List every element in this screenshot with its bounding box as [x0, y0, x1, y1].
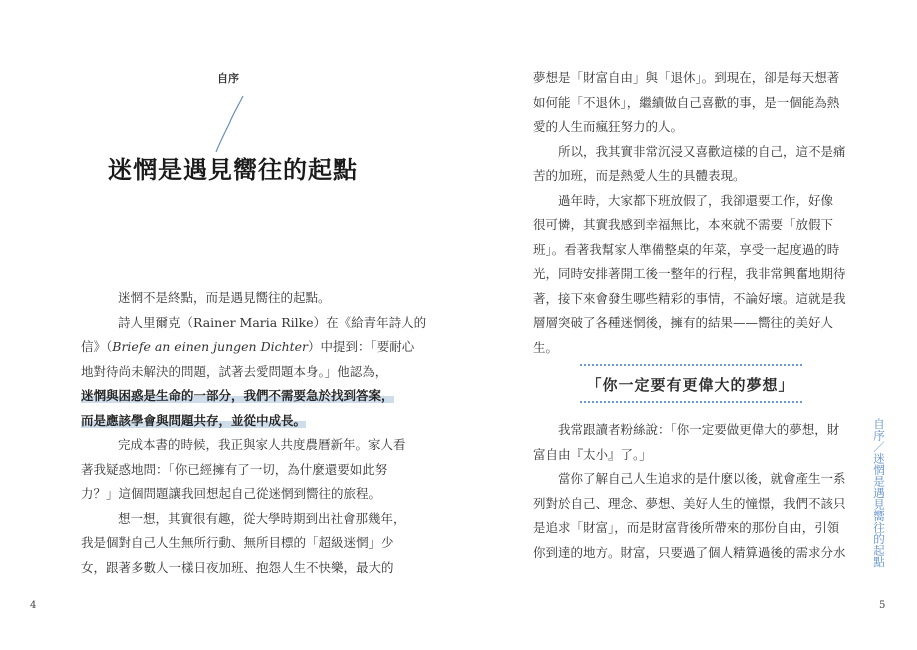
left-body-text: 迷惘不是終點，而是遇見嚮往的起點。 詩人里爾克（Rainer Maria Ril… — [93, 286, 393, 580]
paragraph-line: 苦的加班，而是熱愛人生的具體表現。 — [533, 164, 843, 189]
dotted-rule-top — [580, 364, 802, 368]
paragraph-line: 著我疑惑地問：「你已經擁有了一切，為什麼還要如此努 — [81, 458, 393, 483]
page-number-right: 5 — [879, 600, 885, 611]
paragraph-line: 迷惘不是終點，而是遇見嚮往的起點。 — [93, 286, 393, 311]
paragraph-line: 我常跟讀者粉絲說：「你一定要做更偉大的夢想，財 — [533, 418, 843, 443]
emphasis-line: 而是應該學會與問題共存，並從中成長。 — [81, 409, 393, 434]
book-title-italic: Briefe an einen jungen Dichter — [112, 339, 308, 354]
paragraph-line: 班」。看著我幫家人準備整桌的年菜，享受一起度過的時 — [533, 238, 843, 263]
paragraph-line: 著，接下來會發生哪些精彩的事情，不論好壞。這就是我 — [533, 287, 843, 312]
paragraph-line: 力？」這個問題讓我回想起自己從迷惘到嚮往的旅程。 — [81, 482, 393, 507]
paragraph-line: 列對於自己、理念、夢想、美好人生的憧憬，我們不該只 — [533, 492, 843, 517]
right-body-text-top: 夢想是「財富自由」與「退休」。到現在，卻是每天想著 如何能「不退休」，繼續做自己… — [533, 66, 843, 360]
paragraph-line: 詩人里爾克（Rainer Maria Rilke）在《給青年詩人的 — [93, 311, 393, 336]
dotted-rule-bottom — [580, 401, 802, 405]
page-number-left: 4 — [30, 600, 36, 611]
slash-decoration-icon — [205, 92, 255, 156]
paragraph-line: 如何能「不退休」，繼續做自己喜歡的事，是一個能為熱 — [533, 91, 843, 116]
paragraph-line: 層層突破了各種迷惘後，擁有的結果——嚮往的美好人 — [533, 311, 843, 336]
paragraph-line: 地對待尚未解決的問題，試著去愛問題本身。」他認為， — [81, 360, 393, 385]
paragraph-line: 信》（Briefe an einen jungen Dichter）中提到：「要… — [81, 335, 393, 360]
paragraph-line: 富自由『太小』了。」 — [533, 443, 843, 468]
section-heading-block: 「你一定要有更偉大的夢想」 — [573, 364, 808, 405]
paragraph-line: 愛的人生而瘋狂努力的人。 — [533, 115, 843, 140]
paragraph-line: 完成本書的時候，我正與家人共度農曆新年。家人看 — [93, 433, 393, 458]
section-heading: 「你一定要有更偉大的夢想」 — [573, 374, 808, 395]
paragraph-line: 想一想，其實很有趣，從大學時期到出社會那幾年， — [93, 507, 393, 532]
paragraph-line: 生。 — [533, 336, 843, 361]
paragraph-line: 過年時，大家都下班放假了，我卻還要工作，好像 — [533, 189, 843, 214]
paragraph-line: 是追求「財富」，而是財富背後所帶來的那份自由，引領 — [533, 516, 843, 541]
paragraph-line: 夢想是「財富自由」與「退休」。到現在，卻是每天想著 — [533, 66, 843, 91]
right-page: 夢想是「財富自由」與「退休」。到現在，卻是每天想著 如何能「不退休」，繼續做自己… — [458, 0, 917, 650]
chapter-kicker: 自序 — [208, 70, 248, 86]
paragraph-line: 我是個對自己人生無所行動、無所目標的「超級迷惘」少 — [81, 531, 393, 556]
chapter-title: 迷惘是遇見嚮往的起點 — [108, 150, 368, 185]
left-page: 自序 迷惘是遇見嚮往的起點 迷惘不是終點，而是遇見嚮往的起點。 詩人里爾克（Ra… — [0, 0, 458, 650]
paragraph-line: 光，同時安排著開工後一整年的行程，我非常興奮地期待 — [533, 262, 843, 287]
paragraph-line: 當你了解自己人生追求的是什麼以後，就會產生一系 — [533, 467, 843, 492]
paragraph-line: 你到達的地方。財富，只要過了個人精算過後的需求分水 — [533, 541, 843, 566]
paragraph-line: 女，跟著多數人一樣日夜加班、抱怨人生不快樂，最大的 — [81, 556, 393, 581]
right-body-text-bottom: 我常跟讀者粉絲說：「你一定要做更偉大的夢想，財 富自由『太小』了。」 當你了解自… — [533, 418, 843, 565]
paragraph-line: 所以，我其實非常沉浸又喜歡這樣的自己，這不是痛 — [533, 140, 843, 165]
book-spread: 自序 迷惘是遇見嚮往的起點 迷惘不是終點，而是遇見嚮往的起點。 詩人里爾克（Ra… — [0, 0, 917, 650]
running-head: 自序／迷惘是遇見嚮往的起點 — [868, 418, 886, 568]
paragraph-line: 很可憐，其實我感到幸福無比，本來就不需要「放假下 — [533, 213, 843, 238]
emphasis-line: 迷惘與困惑是生命的一部分，我們不需要急於找到答案， — [81, 384, 393, 409]
